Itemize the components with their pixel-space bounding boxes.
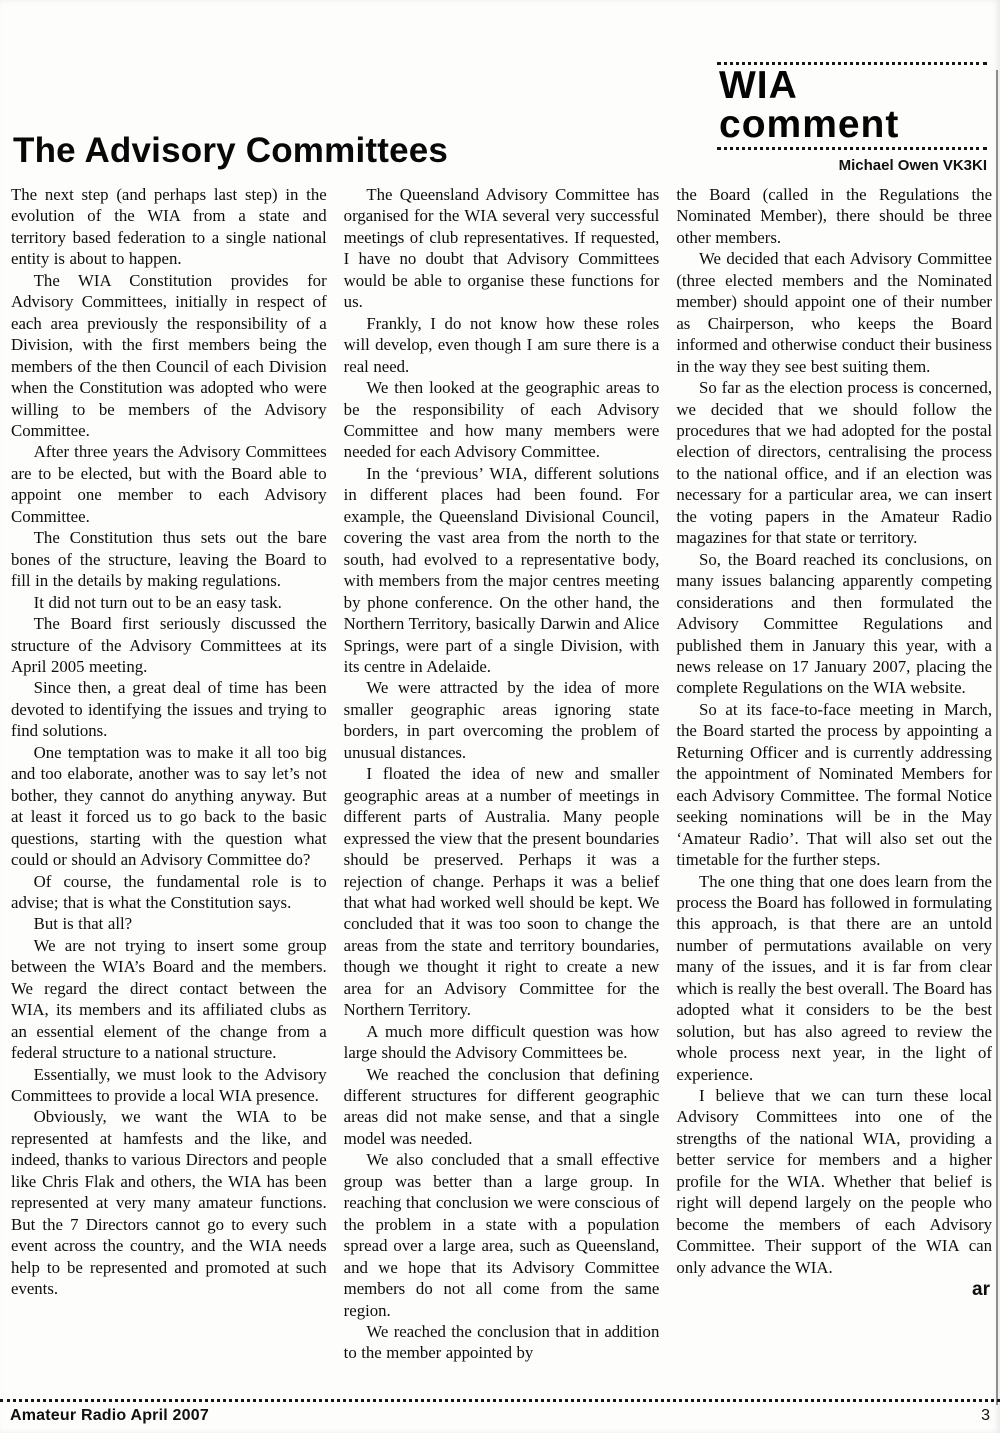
magazine-page: WIA comment Michael Owen VK3KI The Advis… <box>0 0 1000 1433</box>
column-2: The Queensland Advisory Committee has or… <box>344 184 660 1370</box>
section-title: WIA comment <box>717 65 987 147</box>
column-1: The next step (and perhaps last step) in… <box>11 184 327 1370</box>
paragraph: The one thing that one does learn from t… <box>676 871 992 1086</box>
paragraph: The Queensland Advisory Committee has or… <box>344 184 660 313</box>
column-3: the Board (called in the Regulations the… <box>676 184 992 1370</box>
page-footer: Amateur Radio April 2007 3 <box>0 1399 1000 1425</box>
paragraph: The Board first seriously discussed the … <box>11 613 327 677</box>
section-masthead: WIA comment Michael Owen VK3KI <box>717 62 987 174</box>
author-byline: Michael Owen VK3KI <box>717 157 987 174</box>
paragraph: Since then, a great deal of time has bee… <box>11 677 327 741</box>
masthead-rule-bottom <box>717 147 987 150</box>
paragraph: So, the Board reached its conclusions, o… <box>676 549 992 699</box>
page-number: 3 <box>981 1407 990 1425</box>
article-body: The next step (and perhaps last step) in… <box>11 184 992 1370</box>
article-end-mark: ar <box>676 1279 992 1300</box>
paragraph: One temptation was to make it all too bi… <box>11 742 327 871</box>
publication-name: Amateur Radio April 2007 <box>10 1407 209 1425</box>
paragraph: We reached the conclusion that in additi… <box>344 1321 660 1364</box>
column-3-paragraphs: the Board (called in the Regulations the… <box>676 184 992 1278</box>
paragraph: I believe that we can turn these local A… <box>676 1085 992 1278</box>
article-title: The Advisory Committees <box>13 131 448 171</box>
paragraph: The Constitution thus sets out the bare … <box>11 527 327 591</box>
paragraph: We were attracted by the idea of more sm… <box>344 677 660 763</box>
paragraph: After three years the Advisory Committee… <box>11 441 327 527</box>
paragraph: The next step (and perhaps last step) in… <box>11 184 327 270</box>
paragraph: A much more difficult question was how l… <box>344 1021 660 1064</box>
paragraph: So at its face-to-face meeting in March,… <box>676 699 992 871</box>
paragraph: the Board (called in the Regulations the… <box>676 184 992 248</box>
paragraph: It did not turn out to be an easy task. <box>11 592 327 613</box>
paragraph: We reached the conclusion that defining … <box>344 1064 660 1150</box>
paragraph: But is that all? <box>11 913 327 934</box>
paragraph: We are not trying to insert some group b… <box>11 935 327 1064</box>
scan-edge-artifact <box>996 70 998 1405</box>
paragraph: Essentially, we must look to the Advisor… <box>11 1064 327 1107</box>
paragraph: Frankly, I do not know how these roles w… <box>344 313 660 377</box>
paragraph: Of course, the fundamental role is to ad… <box>11 871 327 914</box>
paragraph: We then looked at the geographic areas t… <box>344 377 660 463</box>
paragraph: We decided that each Advisory Committee … <box>676 248 992 377</box>
paragraph: The WIA Constitution provides for Adviso… <box>11 270 327 442</box>
paragraph: We also concluded that a small effective… <box>344 1149 660 1321</box>
paragraph: So far as the election process is concer… <box>676 377 992 549</box>
paragraph: Obviously, we want the WIA to be represe… <box>11 1106 327 1299</box>
paragraph: In the ‘previous’ WIA, different solutio… <box>344 463 660 678</box>
paragraph: I floated the idea of new and smaller ge… <box>344 763 660 1020</box>
